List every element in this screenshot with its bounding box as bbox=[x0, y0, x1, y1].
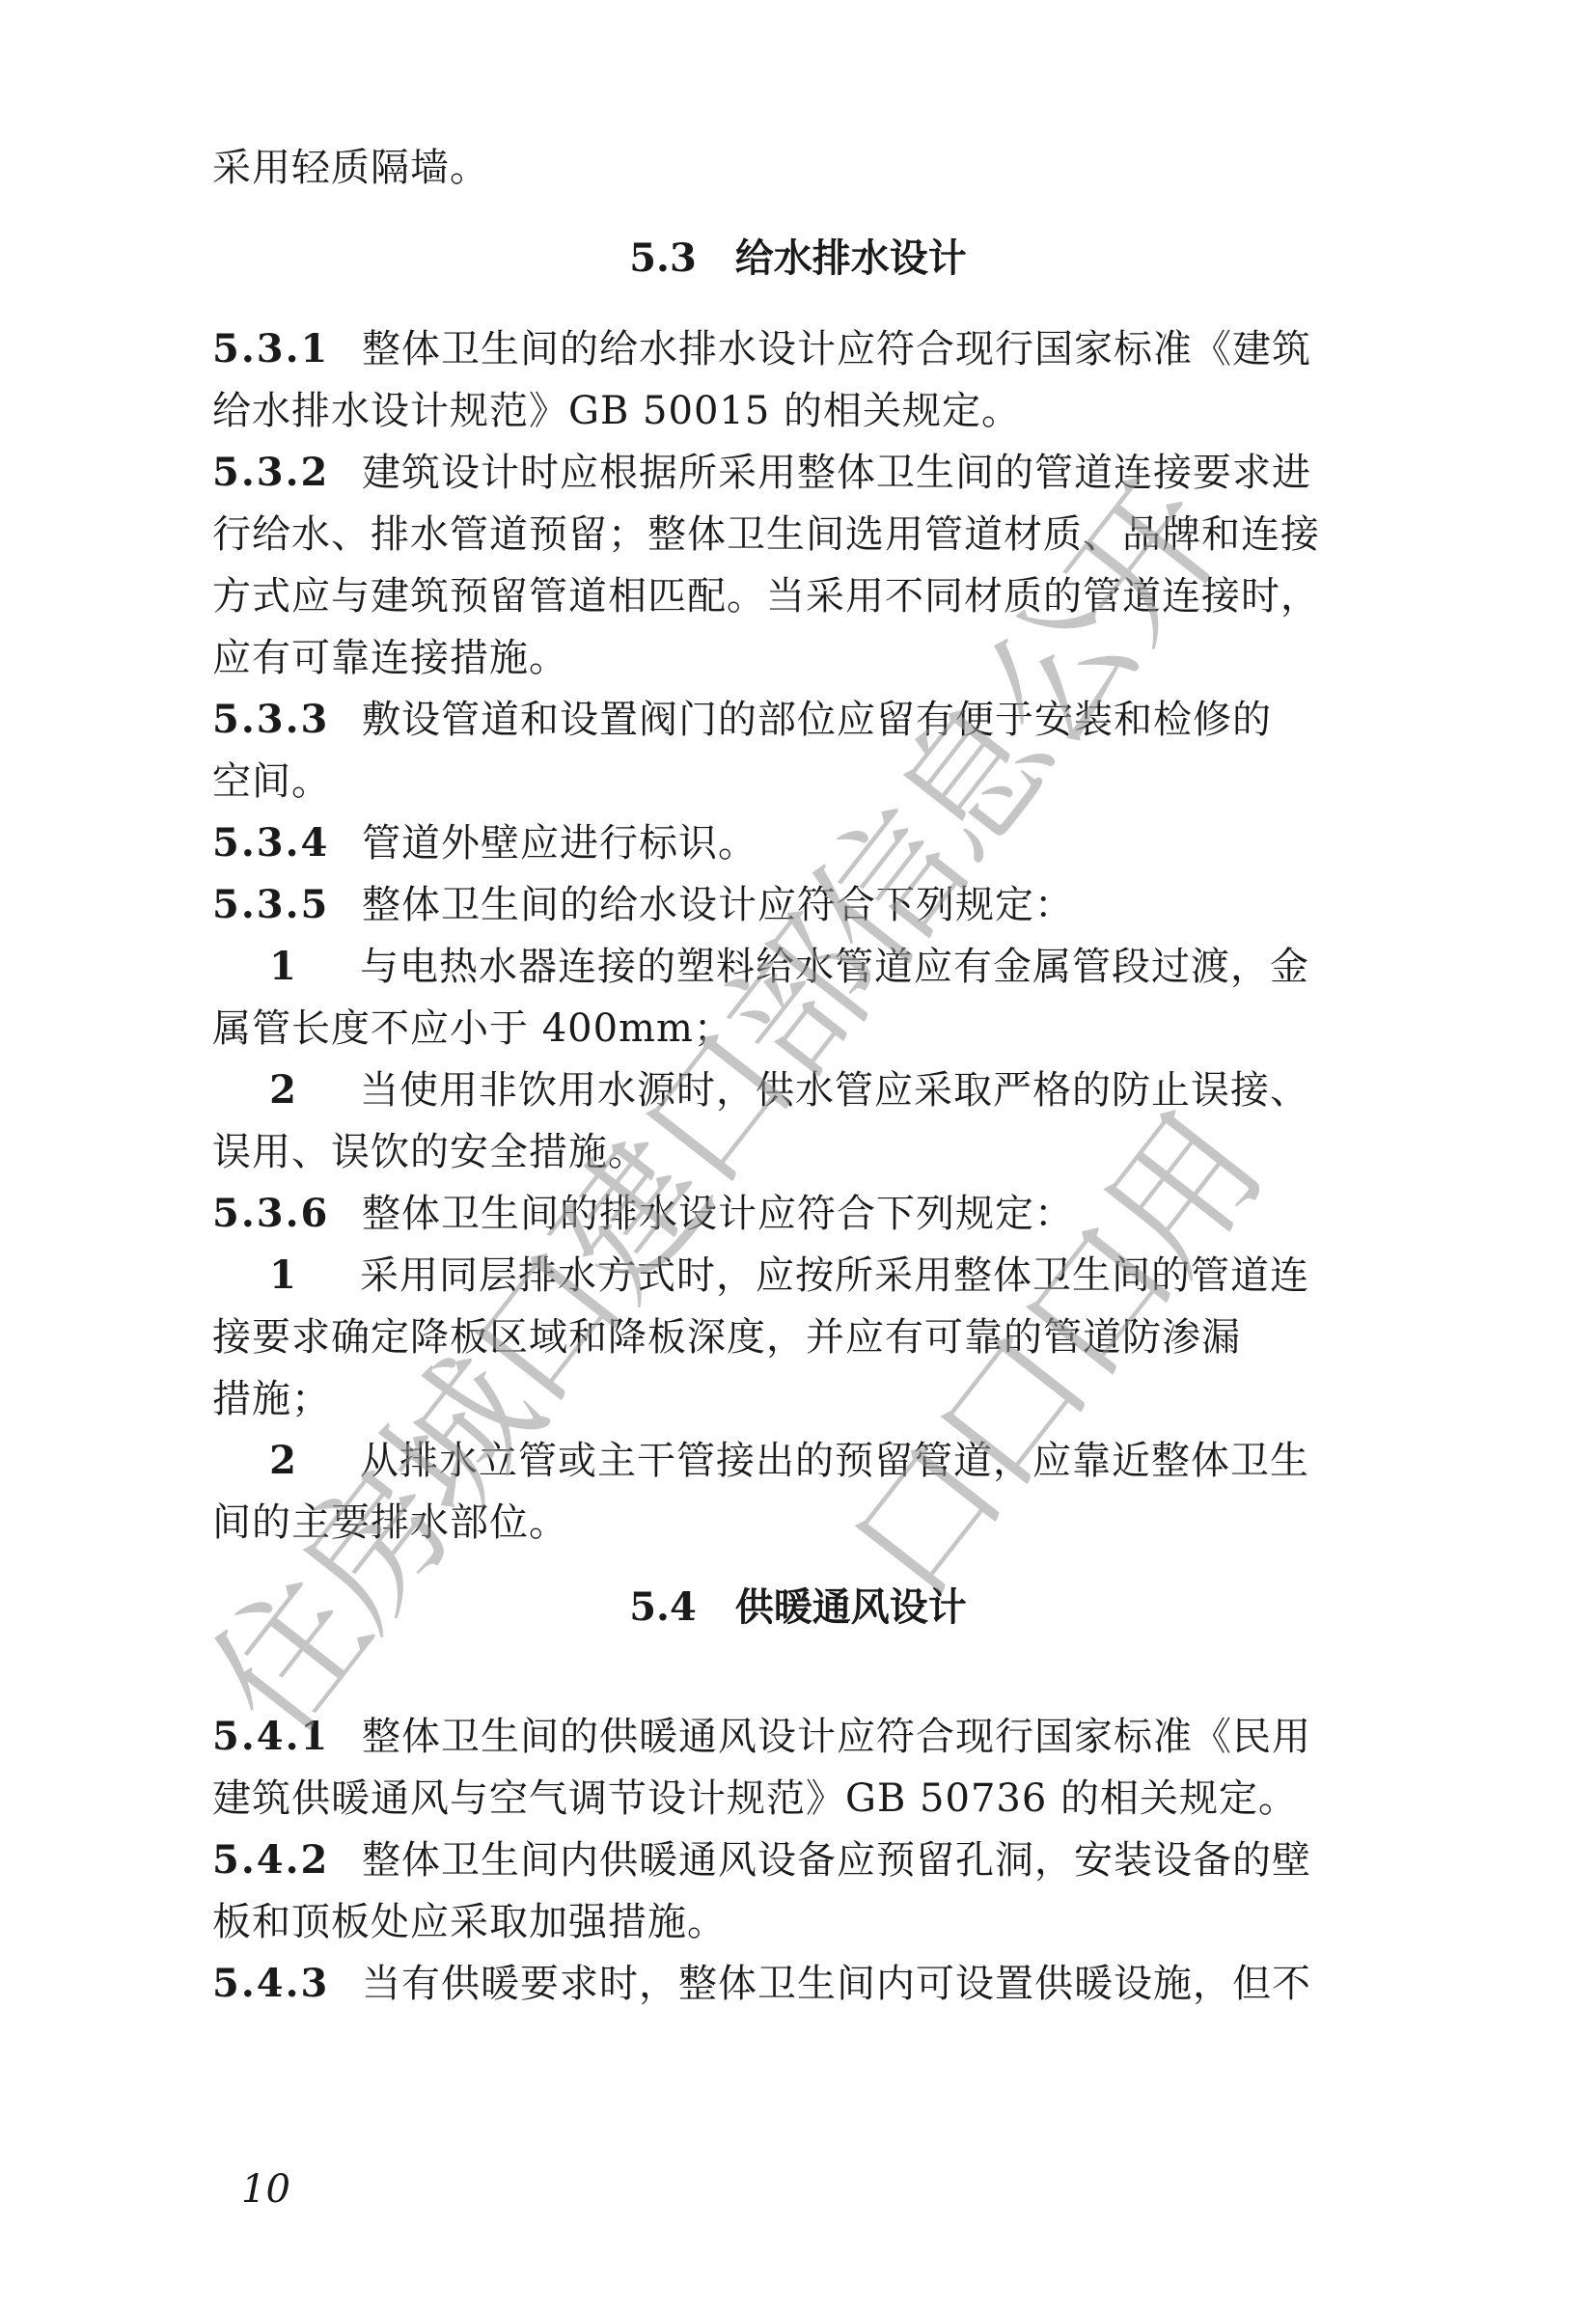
body-text: 空间。 bbox=[212, 759, 331, 804]
clause-text: 当有供暖要求时，整体卫生间内可设置供暖设施，但不 bbox=[362, 1962, 1311, 2006]
body-text-line: 建筑供暖通风与空气调节设计规范》GB 50736 的相关规定。 bbox=[212, 1775, 1391, 1822]
body-text-line: 误用、误饮的安全措施。 bbox=[212, 1129, 1391, 1175]
clause-line: 5.4.3当有供暖要求时，整体卫生间内可设置供暖设施，但不 bbox=[212, 1961, 1391, 2007]
section-heading: 5.4供暖通风设计 bbox=[0, 1584, 1596, 1631]
body-text: 应有可靠连接措施。 bbox=[212, 636, 568, 680]
clause-number: 5.3.5 bbox=[212, 882, 362, 928]
item-number: 1 bbox=[212, 944, 297, 990]
section-title: 给水排水设计 bbox=[735, 236, 967, 281]
clause-line: 5.3.5整体卫生间的给水设计应符合下列规定： bbox=[212, 882, 1391, 928]
clause-number: 5.3.2 bbox=[212, 450, 362, 496]
body-text: 建筑供暖通风与空气调节设计规范》GB 50736 的相关规定。 bbox=[212, 1776, 1298, 1821]
body-text-line: 措施； bbox=[212, 1376, 1391, 1422]
clause-text: 管道外壁应进行标识。 bbox=[362, 821, 757, 866]
body-text-line: 采用轻质隔墙。 bbox=[212, 145, 1391, 191]
clause-text: 整体卫生间内供暖通风设备应预留孔洞，安装设备的壁 bbox=[362, 1838, 1311, 1883]
section-title: 供暖通风设计 bbox=[735, 1585, 967, 1630]
clause-line: 5.3.4管道外壁应进行标识。 bbox=[212, 820, 1391, 867]
body-text-line: 方式应与建筑预留管道相匹配。当采用不同材质的管道连接时， bbox=[212, 573, 1391, 619]
clause-text: 整体卫生间的供暖通风设计应符合现行国家标准《民用 bbox=[362, 1715, 1311, 1759]
clause-number: 5.4.3 bbox=[212, 1961, 362, 2007]
list-item-line: 1采用同层排水方式时，应按所采用整体卫生间的管道连 bbox=[212, 1252, 1391, 1299]
clause-line: 5.3.1整体卫生间的给水排水设计应符合现行国家标准《建筑 bbox=[212, 326, 1391, 372]
clause-number: 5.3.4 bbox=[212, 820, 362, 867]
body-text-line: 给水排水设计规范》GB 50015 的相关规定。 bbox=[212, 388, 1391, 434]
body-text-line: 应有可靠连接措施。 bbox=[212, 635, 1391, 681]
body-text: 间的主要排水部位。 bbox=[212, 1500, 568, 1545]
section-number: 5.3 bbox=[629, 235, 697, 281]
item-number: 1 bbox=[212, 1252, 297, 1299]
item-text: 当使用非饮用水源时，供水管应采取严格的防止误接、 bbox=[360, 1068, 1309, 1113]
clause-text: 整体卫生间的给水排水设计应符合现行国家标准《建筑 bbox=[362, 327, 1311, 371]
body-text-line: 行给水、排水管道预留；整体卫生间选用管道材质、品牌和连接 bbox=[212, 511, 1391, 558]
body-text: 属管长度不应小于 400mm； bbox=[212, 1006, 733, 1051]
body-text: 方式应与建筑预留管道相匹配。当采用不同材质的管道连接时， bbox=[212, 574, 1320, 619]
body-text-line: 板和顶板处应采取加强措施。 bbox=[212, 1899, 1391, 1945]
section-heading: 5.3给水排水设计 bbox=[0, 235, 1596, 282]
body-text-line: 接要求确定降板区域和降板深度，并应有可靠的管道防渗漏 bbox=[212, 1314, 1391, 1361]
list-item-line: 2从排水立管或主干管接出的预留管道，应靠近整体卫生 bbox=[212, 1438, 1391, 1484]
clause-line: 5.3.2建筑设计时应根据所采用整体卫生间的管道连接要求进 bbox=[212, 450, 1391, 496]
body-text-line: 间的主要排水部位。 bbox=[212, 1499, 1391, 1546]
page-number: 10 bbox=[241, 2167, 290, 2212]
clause-number: 5.3.6 bbox=[212, 1191, 362, 1237]
body-text: 行给水、排水管道预留；整体卫生间选用管道材质、品牌和连接 bbox=[212, 512, 1320, 557]
clause-text: 整体卫生间的给水设计应符合下列规定： bbox=[362, 883, 1074, 927]
body-text: 板和顶板处应采取加强措施。 bbox=[212, 1900, 727, 1944]
body-text: 措施； bbox=[212, 1377, 331, 1421]
list-item-line: 1与电热水器连接的塑料给水管道应有金属管段过渡，金 bbox=[212, 944, 1391, 990]
section-number: 5.4 bbox=[629, 1584, 697, 1630]
clause-line: 5.4.1整体卫生间的供暖通风设计应符合现行国家标准《民用 bbox=[212, 1714, 1391, 1760]
clause-text: 整体卫生间的排水设计应符合下列规定： bbox=[362, 1192, 1074, 1236]
clause-text: 建筑设计时应根据所采用整体卫生间的管道连接要求进 bbox=[362, 451, 1311, 495]
body-text-line: 空间。 bbox=[212, 758, 1391, 805]
clause-number: 5.4.1 bbox=[212, 1714, 362, 1760]
clause-line: 5.3.6整体卫生间的排水设计应符合下列规定： bbox=[212, 1191, 1391, 1237]
item-number: 2 bbox=[212, 1067, 297, 1114]
clause-number: 5.4.2 bbox=[212, 1837, 362, 1884]
item-text: 采用同层排水方式时，应按所采用整体卫生间的管道连 bbox=[360, 1253, 1309, 1298]
item-number: 2 bbox=[212, 1438, 297, 1484]
list-item-line: 2当使用非饮用水源时，供水管应采取严格的防止误接、 bbox=[212, 1067, 1391, 1114]
body-text: 误用、误饮的安全措施。 bbox=[212, 1130, 647, 1174]
body-text-line: 属管长度不应小于 400mm； bbox=[212, 1005, 1391, 1052]
clause-line: 5.4.2整体卫生间内供暖通风设备应预留孔洞，安装设备的壁 bbox=[212, 1837, 1391, 1884]
clause-number: 5.3.3 bbox=[212, 697, 362, 743]
body-text: 接要求确定降板区域和降板深度，并应有可靠的管道防渗漏 bbox=[212, 1315, 1241, 1360]
body-text: 采用轻质隔墙。 bbox=[212, 146, 489, 190]
item-text: 与电热水器连接的塑料给水管道应有金属管段过渡，金 bbox=[360, 945, 1309, 989]
clause-number: 5.3.1 bbox=[212, 326, 362, 372]
body-text: 给水排水设计规范》GB 50015 的相关规定。 bbox=[212, 389, 1021, 433]
clause-line: 5.3.3敷设管道和设置阀门的部位应留有便于安装和检修的 bbox=[212, 697, 1391, 743]
item-text: 从排水立管或主干管接出的预留管道，应靠近整体卫生 bbox=[360, 1439, 1309, 1483]
clause-text: 敷设管道和设置阀门的部位应留有便于安装和检修的 bbox=[362, 698, 1272, 742]
